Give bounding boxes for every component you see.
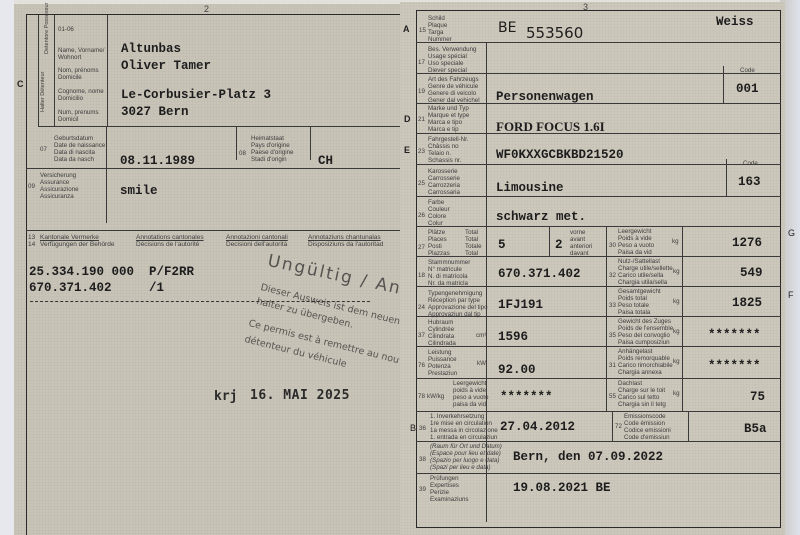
payload-unit: kg bbox=[673, 268, 680, 275]
power-weight-labels: Leergewicht poids à vide peso a vuoto pa… bbox=[453, 380, 488, 408]
type-approval-code: 24 bbox=[418, 304, 425, 311]
label: Total bbox=[465, 229, 482, 236]
label: Carrossaria bbox=[428, 189, 460, 196]
trailer-load-unit: kg bbox=[673, 358, 680, 365]
payload-value: 549 bbox=[740, 266, 763, 280]
annotation-line-1: 25.334.190 000 P/F2RR bbox=[29, 265, 194, 279]
label: Paisa cumposiziun bbox=[618, 339, 673, 346]
label: Code d'emissiun bbox=[624, 434, 671, 441]
label: Carrosserie bbox=[428, 175, 460, 182]
birthdate-labels: Geburtsdatum Date de naissance Data di n… bbox=[54, 135, 106, 163]
label: Totale bbox=[465, 243, 482, 250]
power-code: 76 bbox=[418, 362, 425, 369]
divider bbox=[416, 441, 781, 442]
label: Leergewicht bbox=[453, 380, 488, 387]
label: Pays d'origine bbox=[251, 142, 309, 149]
label: Usage spécial bbox=[428, 53, 477, 60]
label: Genre de véhicule bbox=[428, 83, 480, 90]
divider bbox=[723, 66, 724, 103]
label: Poids à vide bbox=[618, 235, 654, 242]
label: Paisa totala bbox=[618, 309, 661, 316]
label: Peso a vuoto bbox=[618, 242, 654, 249]
label: Schassis nr. bbox=[428, 157, 469, 164]
label: Carico utile/sella bbox=[618, 272, 673, 279]
birthdate-code: 07 bbox=[40, 146, 47, 153]
holder-label-fr: Nom, prénoms Domicile bbox=[58, 67, 106, 81]
label: Chargia utila/sella bbox=[618, 279, 673, 286]
label: Colore bbox=[428, 213, 450, 220]
label: paisa da vid bbox=[453, 401, 488, 408]
divider bbox=[688, 411, 689, 441]
holder-first-name: Oliver Tamer bbox=[121, 59, 211, 73]
label: (Spazi per lieu e data) bbox=[430, 464, 502, 471]
train-weight-code: 35 bbox=[609, 332, 616, 339]
insurance-labels: Versicherung Assurance Assicurazione Ass… bbox=[40, 172, 104, 200]
right-page: 3 A 15 Schild Plaque Targa Nummer BE 553… bbox=[400, 2, 785, 535]
body-code-value: 163 bbox=[738, 175, 761, 189]
label: Perizie bbox=[430, 489, 469, 496]
holder-label-it: Cognome, nome Domicilio bbox=[58, 88, 106, 102]
first-registration-labels: 1. Inverkehrsetzung 1re mise en circulat… bbox=[430, 413, 498, 441]
divider bbox=[416, 286, 781, 287]
birthdate-value: 08.11.1989 bbox=[120, 154, 195, 168]
total-weight-code: 33 bbox=[609, 302, 616, 309]
section-letter-b: B bbox=[410, 423, 416, 433]
label: 1. entrada en circulaziun bbox=[430, 434, 498, 441]
label: Cylindrée bbox=[428, 326, 456, 333]
label: Karosserie bbox=[428, 168, 460, 175]
vehicle-type-value: Personenwagen bbox=[496, 90, 594, 104]
annotation-header-fr: Annotations cantonales Décisions de l'au… bbox=[136, 234, 204, 248]
label: Chargia sin il tetg bbox=[618, 401, 666, 408]
empty-weight-code: 30 bbox=[609, 242, 616, 249]
displacement-code: 37 bbox=[418, 332, 425, 339]
payload-labels: Nutz-/Sattellast Charge utile/sellette C… bbox=[618, 258, 673, 286]
label: Leergewicht bbox=[618, 228, 654, 235]
place-date-value: Bern, den 07.09.2022 bbox=[513, 450, 663, 464]
displacement-value: 1596 bbox=[498, 330, 528, 344]
label: Examinaziuns bbox=[430, 496, 469, 503]
section-letter-f: F bbox=[788, 290, 794, 300]
label: vorne bbox=[570, 229, 592, 236]
insurance-code: 09 bbox=[28, 183, 35, 190]
plate-color: Weiss bbox=[716, 15, 754, 29]
inspections-code: 39 bbox=[419, 486, 426, 493]
label: Puissance bbox=[428, 356, 457, 363]
home-state-code: 08 bbox=[239, 150, 246, 157]
divider bbox=[416, 226, 781, 227]
vehicle-type-code-label: Code bbox=[740, 67, 755, 74]
annotation-header-de: Kantonale Vermerke Verfügungen der Behör… bbox=[40, 234, 114, 248]
background-left bbox=[0, 0, 14, 535]
label: Disposiziuns da l'autoritad bbox=[308, 241, 383, 248]
divider bbox=[416, 73, 781, 74]
label: Genere di veicolo bbox=[428, 90, 480, 97]
inspections-labels: Prüfungen Expertises Perizie Examinaziun… bbox=[430, 475, 469, 503]
label: Annotations cantonales bbox=[136, 234, 204, 241]
label: Charge utile/sellette bbox=[618, 265, 673, 272]
label: Prüfungen bbox=[430, 475, 469, 482]
annotation-codes: 13 14 bbox=[28, 234, 35, 248]
label: Chargia annexa bbox=[618, 369, 673, 376]
emission-code-value: B5a bbox=[744, 422, 767, 436]
place-date-code: 38 bbox=[419, 456, 426, 463]
label: Art des Fahrzeugs bbox=[428, 76, 480, 83]
divider bbox=[606, 226, 607, 412]
plate-canton: BE bbox=[498, 20, 516, 36]
divider bbox=[26, 230, 402, 231]
divider bbox=[416, 196, 781, 197]
power-weight-value: ******* bbox=[500, 390, 553, 404]
first-registration-code: 36 bbox=[419, 425, 426, 432]
insurance-value: smile bbox=[120, 184, 158, 198]
label: Data da nasch bbox=[54, 156, 106, 163]
empty-weight-value: 1276 bbox=[732, 236, 762, 250]
label: Couleur bbox=[428, 206, 450, 213]
label: 1. Inverkehrsetzung bbox=[430, 413, 498, 420]
section-letter-c: C bbox=[17, 79, 24, 89]
holder-street: Le-Corbusier-Platz 3 bbox=[121, 88, 271, 102]
chassis-code: 23 bbox=[418, 148, 425, 155]
divider bbox=[416, 473, 781, 474]
label: (Espace pour lieu et date) bbox=[430, 450, 502, 457]
label: Carrozzeria bbox=[428, 182, 460, 189]
seats-labels: Plätze Places Posti Plazzas bbox=[428, 229, 450, 257]
label: avant bbox=[570, 236, 592, 243]
label: Code émission bbox=[624, 420, 671, 427]
type-approval-value: 1FJ191 bbox=[498, 298, 543, 312]
label: Gesamtgewicht bbox=[618, 288, 661, 295]
power-unit: kW bbox=[477, 360, 486, 367]
label: Châssis no bbox=[428, 143, 469, 150]
label: Plaque bbox=[428, 22, 452, 29]
power-weight-unit: kW/kg bbox=[427, 393, 444, 400]
vehicle-type-code-value: 001 bbox=[736, 82, 759, 96]
label: Approvazione del tipo bbox=[428, 304, 488, 311]
label: Poids remorquable bbox=[618, 355, 673, 362]
roof-load-code: 55 bbox=[609, 393, 616, 400]
label: Décisions de l'autorité bbox=[136, 241, 204, 248]
inspections-value: 19.08.2021 BE bbox=[513, 481, 611, 495]
seats-front: 2 bbox=[555, 238, 563, 252]
roof-load-value: 75 bbox=[750, 390, 765, 404]
label: Marke und Typ bbox=[428, 105, 469, 112]
label: Réception par type bbox=[428, 297, 488, 304]
label: Poids total bbox=[618, 295, 661, 302]
stamp-initials: krj bbox=[214, 389, 237, 404]
label: Marca e tipo bbox=[428, 119, 469, 126]
left-page: 2 C Halter Détenteur Detentore Possessur… bbox=[14, 4, 400, 535]
chassis-labels: Fahrgestell-Nr. Châssis no Telaio n. Sch… bbox=[428, 136, 469, 164]
label: (Raum für Ort und Datum) bbox=[430, 443, 502, 450]
label: Prestaziun bbox=[428, 370, 457, 377]
divider bbox=[38, 126, 402, 127]
label: Annotazioni cantonali bbox=[226, 234, 288, 241]
color-code: 26 bbox=[418, 212, 425, 219]
label: Marque et type bbox=[428, 112, 469, 119]
home-state-value: CH bbox=[318, 154, 333, 168]
holder-label-rm: Num, prenums Domicil bbox=[58, 109, 106, 123]
label: Uso speciale bbox=[428, 60, 477, 67]
label: Targa bbox=[428, 29, 452, 36]
label: Codice emissioni bbox=[624, 427, 671, 434]
chassis-value: WF0KXXGCBKBD21520 bbox=[496, 148, 624, 162]
empty-weight-labels: Leergewicht Poids à vide Peso a vuoto Pa… bbox=[618, 228, 654, 256]
label: Dachlast bbox=[618, 380, 666, 387]
train-weight-labels: Gewicht des Zuges Poids de l'ensemble Pe… bbox=[618, 318, 673, 346]
divider bbox=[612, 411, 613, 441]
label: Paese d'origine bbox=[251, 149, 309, 156]
label: anteriori bbox=[570, 243, 592, 250]
label: Carico sul tetto bbox=[618, 394, 666, 401]
label: Plätze bbox=[428, 229, 450, 236]
annotation-header-rm: Annotaziuns chantunalas Disposiziuns da … bbox=[308, 234, 383, 248]
label: Total bbox=[465, 236, 482, 243]
label: Anhängelast bbox=[618, 348, 673, 355]
divider bbox=[106, 126, 107, 223]
body-value: Limousine bbox=[496, 181, 564, 195]
label: Assicurazione bbox=[40, 186, 104, 193]
body-code: 25 bbox=[418, 180, 425, 187]
label: peso a vuoto bbox=[453, 394, 488, 401]
holder-field-code: 01-06 bbox=[58, 26, 74, 33]
divider bbox=[416, 133, 781, 134]
divider bbox=[416, 42, 781, 43]
label: N° matricule bbox=[428, 266, 470, 273]
label: Leistung bbox=[428, 349, 457, 356]
payload-code: 32 bbox=[609, 272, 616, 279]
divider bbox=[236, 126, 237, 160]
divider bbox=[54, 15, 55, 126]
label: 1re mise en circulation bbox=[430, 420, 498, 427]
divider bbox=[310, 126, 311, 160]
label: Hubraum bbox=[428, 319, 456, 326]
make-labels: Marke und Typ Marque et type Marca e tip… bbox=[428, 105, 469, 133]
displacement-unit: cm³ bbox=[476, 332, 486, 339]
label: Schild bbox=[428, 15, 452, 22]
label: Potenza bbox=[428, 363, 457, 370]
label: Expertises bbox=[430, 482, 469, 489]
divider bbox=[107, 15, 108, 126]
special-use-labels: Bes. Verwendung Usage spécial Uso specia… bbox=[428, 46, 477, 74]
master-number-value: 670.371.402 bbox=[498, 267, 581, 281]
power-weight-code: 78 bbox=[418, 393, 425, 400]
divider bbox=[416, 346, 781, 347]
section-letter-a: A bbox=[403, 24, 410, 34]
annotation-line-2: 670.371.402 /1 bbox=[29, 281, 164, 295]
holder-vertical-label: Halter Détenteur bbox=[40, 72, 46, 112]
divider bbox=[26, 168, 402, 169]
label: Gewicht des Zuges bbox=[618, 318, 673, 325]
total-weight-labels: Gesamtgewicht Poids total Peso totale Pa… bbox=[618, 288, 661, 316]
divider bbox=[549, 226, 550, 256]
label: Assurance bbox=[40, 179, 104, 186]
divider bbox=[682, 226, 683, 412]
divider bbox=[38, 15, 39, 126]
label: Posti bbox=[428, 243, 450, 250]
label: 14 bbox=[28, 241, 35, 248]
empty-weight-unit: kg bbox=[672, 238, 679, 245]
roof-load-labels: Dachlast Charge sur le toit Carico sul t… bbox=[618, 380, 666, 408]
label: Verfügungen der Behörde bbox=[40, 241, 114, 248]
label: Carico rimorchiabile bbox=[618, 362, 673, 369]
label: Decisioni dell'autorità bbox=[226, 241, 288, 248]
page-number-left: 2 bbox=[204, 4, 209, 14]
holder-city: 3027 Bern bbox=[121, 105, 189, 119]
power-labels: Leistung Puissance Potenza Prestaziun bbox=[428, 349, 457, 377]
type-approval-labels: Typengenehmigung Réception par type Appr… bbox=[428, 290, 488, 318]
label: Kantonale Vermerke bbox=[40, 234, 114, 241]
train-weight-unit: kg bbox=[673, 328, 680, 335]
divider bbox=[416, 256, 781, 257]
home-state-labels: Heimatstaat Pays d'origine Paese d'origi… bbox=[251, 135, 309, 163]
roof-load-unit: kg bbox=[673, 390, 680, 397]
body-code-label: Code bbox=[743, 160, 758, 167]
label: Fahrgestell-Nr. bbox=[428, 136, 469, 143]
label: 13 bbox=[28, 234, 35, 241]
divider bbox=[416, 103, 781, 104]
label: Typengenehmigung bbox=[428, 290, 488, 297]
label: Peso totale bbox=[618, 302, 661, 309]
label: Stadi d'origin bbox=[251, 156, 309, 163]
train-weight-value: ******* bbox=[708, 328, 761, 342]
section-letter-d: D bbox=[404, 114, 411, 124]
displacement-labels: Hubraum Cylindrée Cilindrata Cilindrada bbox=[428, 319, 456, 347]
divider bbox=[416, 411, 781, 412]
seats-total-labels: Total Total Totale Total bbox=[465, 229, 482, 257]
holder-last-name: Altunbas bbox=[121, 42, 181, 56]
label: Annotaziuns chantunalas bbox=[308, 234, 383, 241]
power-value: 92.00 bbox=[498, 363, 536, 377]
label: (Spazio per luogo e data) bbox=[430, 457, 502, 464]
emission-code-labels: Emissionscode Code émission Codice emiss… bbox=[624, 413, 671, 441]
vehicle-type-labels: Art des Fahrzeugs Genre de véhicule Gene… bbox=[428, 76, 480, 104]
holder-vertical-label-2: Detentore Possessur bbox=[44, 3, 50, 54]
label: Poids de l'ensemble bbox=[618, 325, 673, 332]
label: Stammnummer bbox=[428, 259, 470, 266]
label: Telaio n. bbox=[428, 150, 469, 157]
label: Bes. Verwendung bbox=[428, 46, 477, 53]
total-weight-unit: kg bbox=[673, 298, 680, 305]
first-registration-value: 27.04.2012 bbox=[500, 420, 575, 434]
label: poids à vide bbox=[453, 387, 488, 394]
total-weight-value: 1825 bbox=[732, 296, 762, 310]
color-labels: Farbe Couleur Colore Colur bbox=[428, 199, 450, 227]
seats-front-labels: vorne avant anteriori davant bbox=[570, 229, 592, 257]
label: Emissionscode bbox=[624, 413, 671, 420]
label: Data di nascita bbox=[54, 149, 106, 156]
label: Charge sur le toit bbox=[618, 387, 666, 394]
divider bbox=[416, 316, 781, 317]
holder-label-de: Name, Vorname/ Wohnort bbox=[58, 47, 106, 61]
special-use-code: 17 bbox=[418, 59, 425, 66]
divider bbox=[416, 378, 781, 379]
label: Assicuranza bbox=[40, 193, 104, 200]
label: Heimatstaat bbox=[251, 135, 309, 142]
section-letter-e: E bbox=[404, 145, 410, 155]
body-labels: Karosserie Carrosserie Carrozzeria Carro… bbox=[428, 168, 460, 196]
section-letter-g: G bbox=[788, 228, 795, 238]
emission-code-code: 72 bbox=[615, 423, 622, 430]
trailer-load-value: ******* bbox=[708, 359, 761, 373]
label: N. di matricola bbox=[428, 273, 470, 280]
seats-code: 27 bbox=[418, 244, 425, 251]
label: 1a messa in circolazione bbox=[430, 427, 498, 434]
label: Date de naissance bbox=[54, 142, 106, 149]
label: Places bbox=[428, 236, 450, 243]
master-number-code: 18 bbox=[418, 272, 425, 279]
plate-labels: Schild Plaque Targa Nummer bbox=[428, 15, 452, 43]
trailer-load-code: 31 bbox=[609, 362, 616, 369]
vehicle-type-code: 19 bbox=[418, 88, 425, 95]
master-number-labels: Stammnummer N° matricule N. di matricola… bbox=[428, 259, 470, 287]
place-date-labels: (Raum für Ort und Datum) (Espace pour li… bbox=[430, 443, 502, 471]
plate-number: 553560 bbox=[526, 24, 583, 42]
divider bbox=[726, 159, 727, 197]
label: Geburtsdatum bbox=[54, 135, 106, 142]
label: Marca e tip bbox=[428, 126, 469, 133]
stamp-date: 16. MAI 2025 bbox=[250, 388, 350, 403]
color-value: schwarz met. bbox=[496, 210, 586, 224]
plate-code: 15 bbox=[419, 27, 426, 34]
trailer-load-labels: Anhängelast Poids remorquable Carico rim… bbox=[618, 348, 673, 376]
label: Nutz-/Sattellast bbox=[618, 258, 673, 265]
seats-total: 5 bbox=[498, 238, 506, 252]
label: Versicherung bbox=[40, 172, 104, 179]
annotation-header-it: Annotazioni cantonali Decisioni dell'aut… bbox=[226, 234, 288, 248]
make-code: 21 bbox=[418, 116, 425, 123]
label: Cilindrata bbox=[428, 333, 456, 340]
label: Farbe bbox=[428, 199, 450, 206]
label: Peso del convoglio bbox=[618, 332, 673, 339]
label: Paisa da vid bbox=[618, 249, 654, 256]
